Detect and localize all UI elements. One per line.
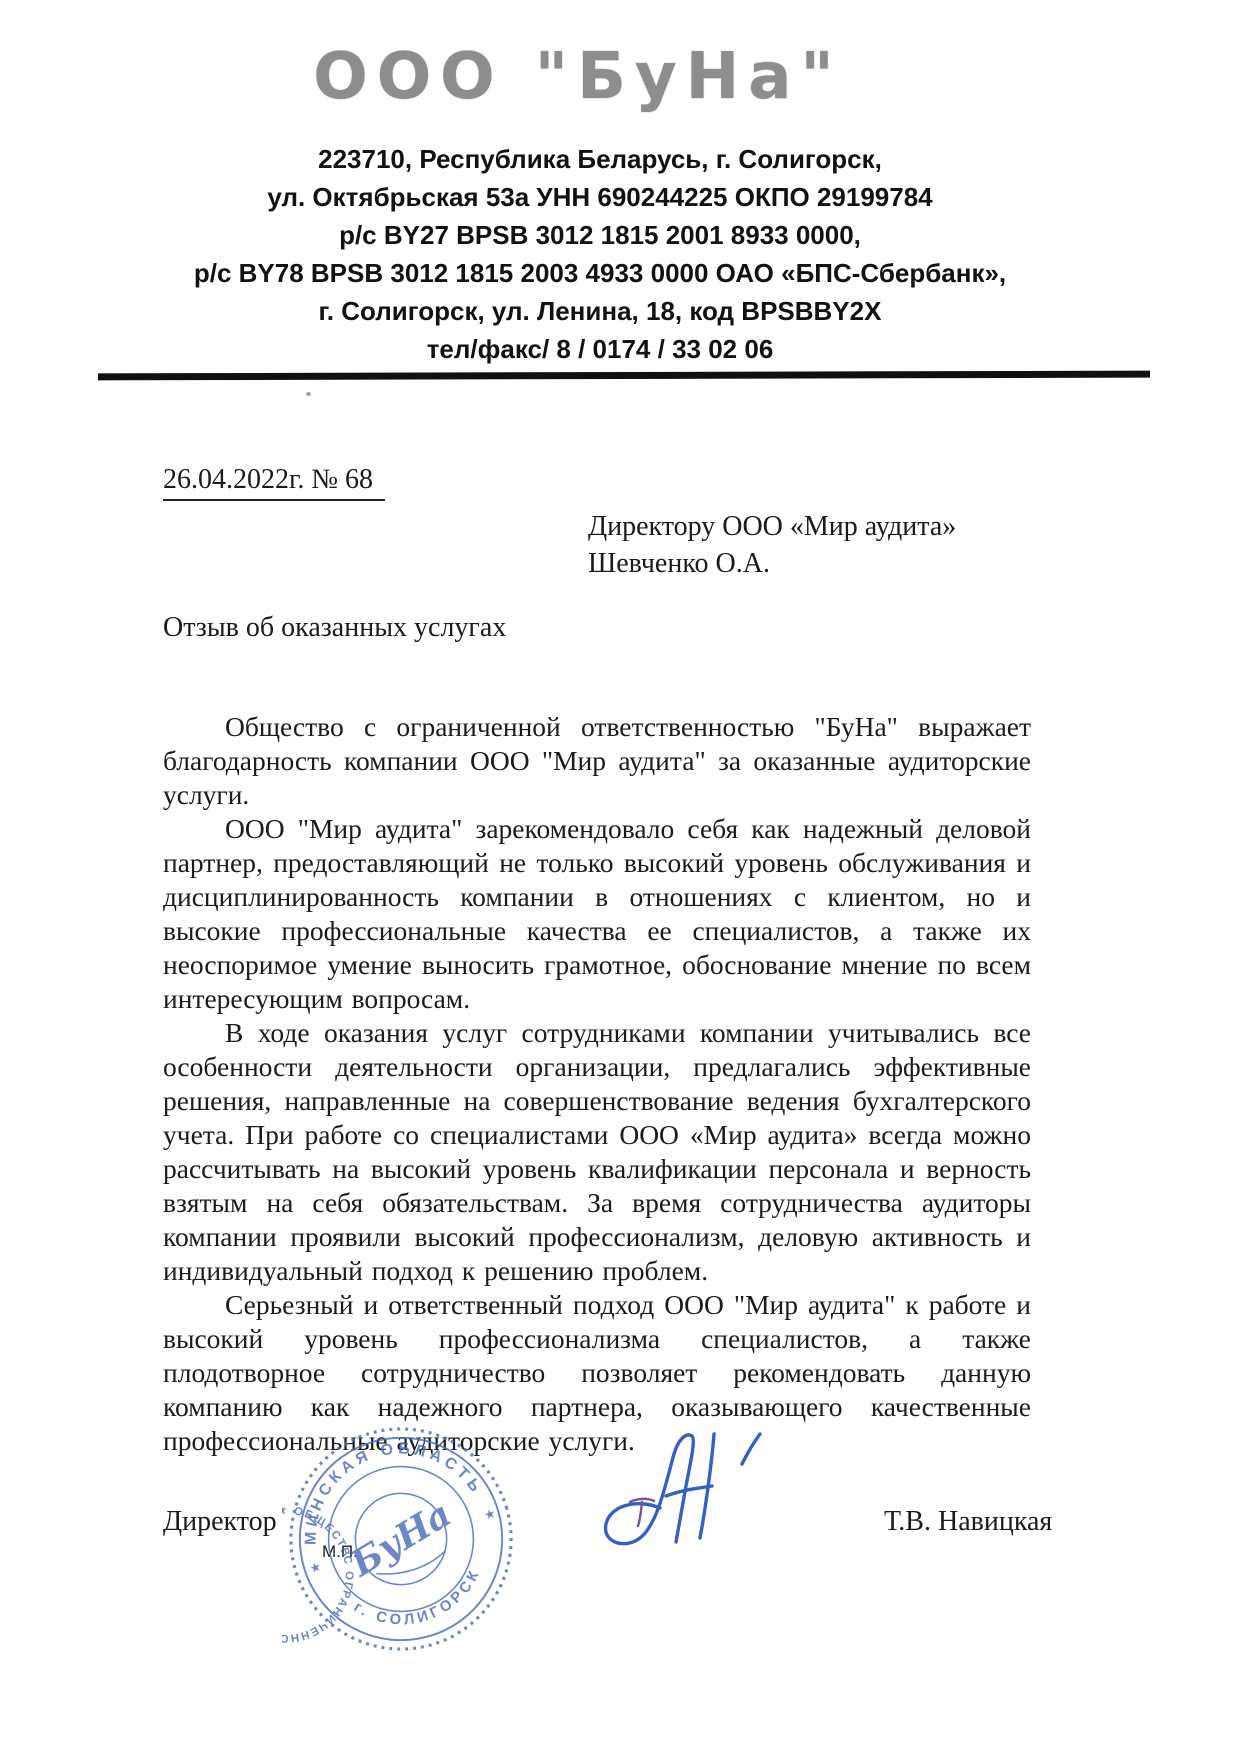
signature-crossbar xyxy=(666,1486,712,1496)
body-paragraph: В ходе оказания услуг сотрудниками компа… xyxy=(163,1016,1031,1288)
address-line: ул. Октябрьская 53а УНН 690244225 ОКПО 2… xyxy=(40,178,1160,216)
body-paragraph: Общество с ограниченной ответственностью… xyxy=(163,710,1031,812)
letterhead-divider-rule xyxy=(98,371,1150,381)
stamp-star-right: ★ xyxy=(484,1508,497,1522)
addressee-block: Директору ООО «Мир аудита» Шевченко О.А. xyxy=(588,508,956,582)
signature-main-loop xyxy=(606,1435,694,1544)
director-label: Директор xyxy=(163,1506,277,1538)
round-company-stamp-icon: МИНСКАЯ ОБЛАСТЬ г. СОЛИГОРСК С ОГРАНИЧЕН… xyxy=(282,1420,520,1658)
letter-body: Общество с ограниченной ответственностью… xyxy=(163,710,1031,1458)
signer-name: Т.В. Навицкая xyxy=(884,1506,1052,1538)
address-line: г. Солигорск, ул. Ленина, 18, код BPSBBY… xyxy=(40,292,1160,330)
subject-line: Отзыв об оказанных услугах xyxy=(163,612,506,644)
stamp-center-monogram: БуНа xyxy=(343,1493,459,1585)
scanned-letter-page: ООО "БуНа" 223710, Республика Беларусь, … xyxy=(0,0,1240,1754)
signature-scribble xyxy=(596,1420,776,1575)
address-line: р/с BY27 BPSB 3012 1815 2001 8933 0000, xyxy=(40,216,1160,254)
address-block: 223710, Республика Беларусь, г. Солигорс… xyxy=(40,140,1160,368)
addressee-title: Директору ООО «Мир аудита» xyxy=(588,508,956,545)
addressee-name: Шевченко О.А. xyxy=(588,545,956,582)
reference-date-number: 26.04.2022г. № 68 xyxy=(163,464,385,501)
stamp-star-left: ★ xyxy=(309,1561,322,1575)
signature-t-stem xyxy=(638,1502,642,1526)
company-logo: ООО "БуНа" xyxy=(0,40,1198,114)
address-line: 223710, Республика Беларусь, г. Солигорс… xyxy=(40,140,1160,178)
address-line: тел/факс/ 8 / 0174 / 33 02 06 xyxy=(40,330,1160,368)
ink-speck xyxy=(306,392,311,396)
signature-tick xyxy=(742,1434,760,1464)
address-line: р/с BY78 BPSB 3012 1815 2003 4933 0000 О… xyxy=(40,254,1160,292)
body-paragraph: ООО "Мир аудита" зарекомендовало себя ка… xyxy=(163,812,1031,1016)
